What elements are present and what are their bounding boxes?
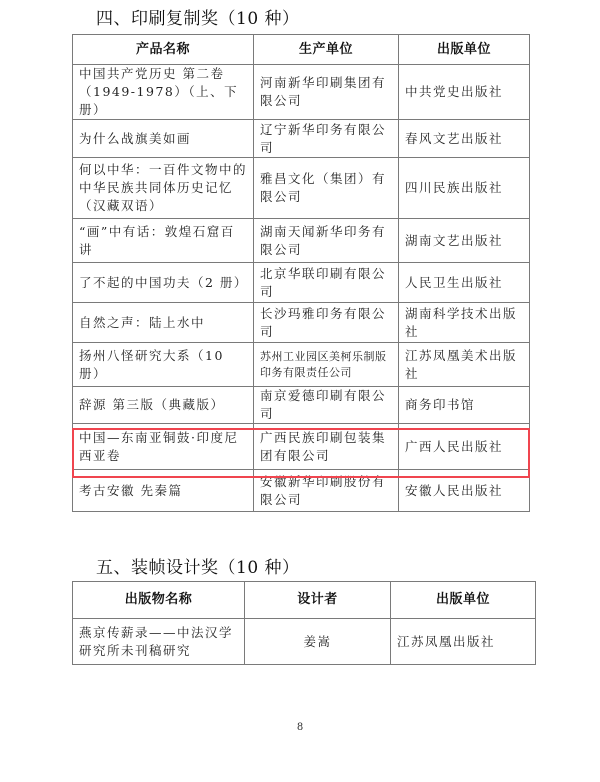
table-row: 中国共产党历史 第二卷（1949-1978）（上、下册） 河南新华印刷集团有限公… bbox=[73, 65, 530, 120]
publisher: 四川民族出版社 bbox=[399, 158, 530, 219]
table-header-row: 出版物名称 设计者 出版单位 bbox=[73, 582, 536, 619]
table-header-row: 产品名称 生产单位 出版单位 bbox=[73, 35, 530, 65]
page-number: 8 bbox=[0, 722, 600, 733]
publisher: 湖南科学技术出版社 bbox=[399, 303, 530, 343]
header-producer: 生产单位 bbox=[254, 35, 399, 65]
producer: 长沙玛雅印务有限公司 bbox=[254, 303, 399, 343]
producer: 湖南天闻新华印务有限公司 bbox=[254, 219, 399, 263]
product-name: 了不起的中国功夫（2 册） bbox=[73, 263, 254, 303]
publication-title: 燕京传薪录——中法汉学研究所未刊稿研究 bbox=[73, 619, 245, 665]
publisher: 安徽人民出版社 bbox=[399, 470, 530, 512]
product-name: 辞源 第三版（典藏版） bbox=[73, 387, 254, 424]
table-row: 燕京传薪录——中法汉学研究所未刊稿研究 姜嵩 江苏凤凰出版社 bbox=[73, 619, 536, 665]
table-row: 考古安徽 先秦篇 安徽新华印刷股份有限公司 安徽人民出版社 bbox=[73, 470, 530, 512]
publisher: 江苏凤凰美术出版社 bbox=[399, 343, 530, 387]
publisher: 中共党史出版社 bbox=[399, 65, 530, 120]
publisher: 湖南文艺出版社 bbox=[399, 219, 530, 263]
producer: 广西民族印刷包装集团有限公司 bbox=[254, 424, 399, 470]
product-name: 考古安徽 先秦篇 bbox=[73, 470, 254, 512]
section-5-title: 五、装帧设计奖（10 种） bbox=[96, 553, 300, 578]
section-4-title: 四、印刷复制奖（10 种） bbox=[96, 4, 300, 29]
publisher: 商务印书馆 bbox=[399, 387, 530, 424]
publisher: 江苏凤凰出版社 bbox=[391, 619, 536, 665]
publisher: 春风文艺出版社 bbox=[399, 120, 530, 158]
header-designer: 设计者 bbox=[245, 582, 391, 619]
table-row: 自然之声：陆上水中 长沙玛雅印务有限公司 湖南科学技术出版社 bbox=[73, 303, 530, 343]
product-name: 中国—东南亚铜鼓·印度尼西亚卷 bbox=[73, 424, 254, 470]
header-product-name: 产品名称 bbox=[73, 35, 254, 65]
table-row: “画”中有话：敦煌石窟百讲 湖南天闻新华印务有限公司 湖南文艺出版社 bbox=[73, 219, 530, 263]
table-row-highlighted: 中国—东南亚铜鼓·印度尼西亚卷 广西民族印刷包装集团有限公司 广西人民出版社 bbox=[73, 424, 530, 470]
header-publisher: 出版单位 bbox=[399, 35, 530, 65]
designer: 姜嵩 bbox=[245, 619, 391, 665]
table-row: 了不起的中国功夫（2 册） 北京华联印刷有限公司 人民卫生出版社 bbox=[73, 263, 530, 303]
producer: 南京爱德印刷有限公司 bbox=[254, 387, 399, 424]
producer: 北京华联印刷有限公司 bbox=[254, 263, 399, 303]
product-name: 自然之声：陆上水中 bbox=[73, 303, 254, 343]
product-name: 扬州八怪研究大系（10 册） bbox=[73, 343, 254, 387]
product-name: 中国共产党历史 第二卷（1949-1978）（上、下册） bbox=[73, 65, 254, 120]
table-row: 何以中华：一百件文物中的中华民族共同体历史记忆（汉藏双语） 雅昌文化（集团）有限… bbox=[73, 158, 530, 219]
header-publisher: 出版单位 bbox=[391, 582, 536, 619]
binding-design-award-table: 出版物名称 设计者 出版单位 燕京传薪录——中法汉学研究所未刊稿研究 姜嵩 江苏… bbox=[72, 581, 536, 665]
publisher: 广西人民出版社 bbox=[399, 424, 530, 470]
product-name: “画”中有话：敦煌石窟百讲 bbox=[73, 219, 254, 263]
header-title: 出版物名称 bbox=[73, 582, 245, 619]
publisher: 人民卫生出版社 bbox=[399, 263, 530, 303]
table-row: 扬州八怪研究大系（10 册） 苏州工业园区美柯乐制版印务有限责任公司 江苏凤凰美… bbox=[73, 343, 530, 387]
producer: 雅昌文化（集团）有限公司 bbox=[254, 158, 399, 219]
producer: 辽宁新华印务有限公司 bbox=[254, 120, 399, 158]
producer: 苏州工业园区美柯乐制版印务有限责任公司 bbox=[254, 343, 399, 387]
table-row: 为什么战旗美如画 辽宁新华印务有限公司 春风文艺出版社 bbox=[73, 120, 530, 158]
producer: 河南新华印刷集团有限公司 bbox=[254, 65, 399, 120]
table-row: 辞源 第三版（典藏版） 南京爱德印刷有限公司 商务印书馆 bbox=[73, 387, 530, 424]
producer: 安徽新华印刷股份有限公司 bbox=[254, 470, 399, 512]
product-name: 何以中华：一百件文物中的中华民族共同体历史记忆（汉藏双语） bbox=[73, 158, 254, 219]
printing-award-table: 产品名称 生产单位 出版单位 中国共产党历史 第二卷（1949-1978）（上、… bbox=[72, 34, 530, 512]
product-name: 为什么战旗美如画 bbox=[73, 120, 254, 158]
